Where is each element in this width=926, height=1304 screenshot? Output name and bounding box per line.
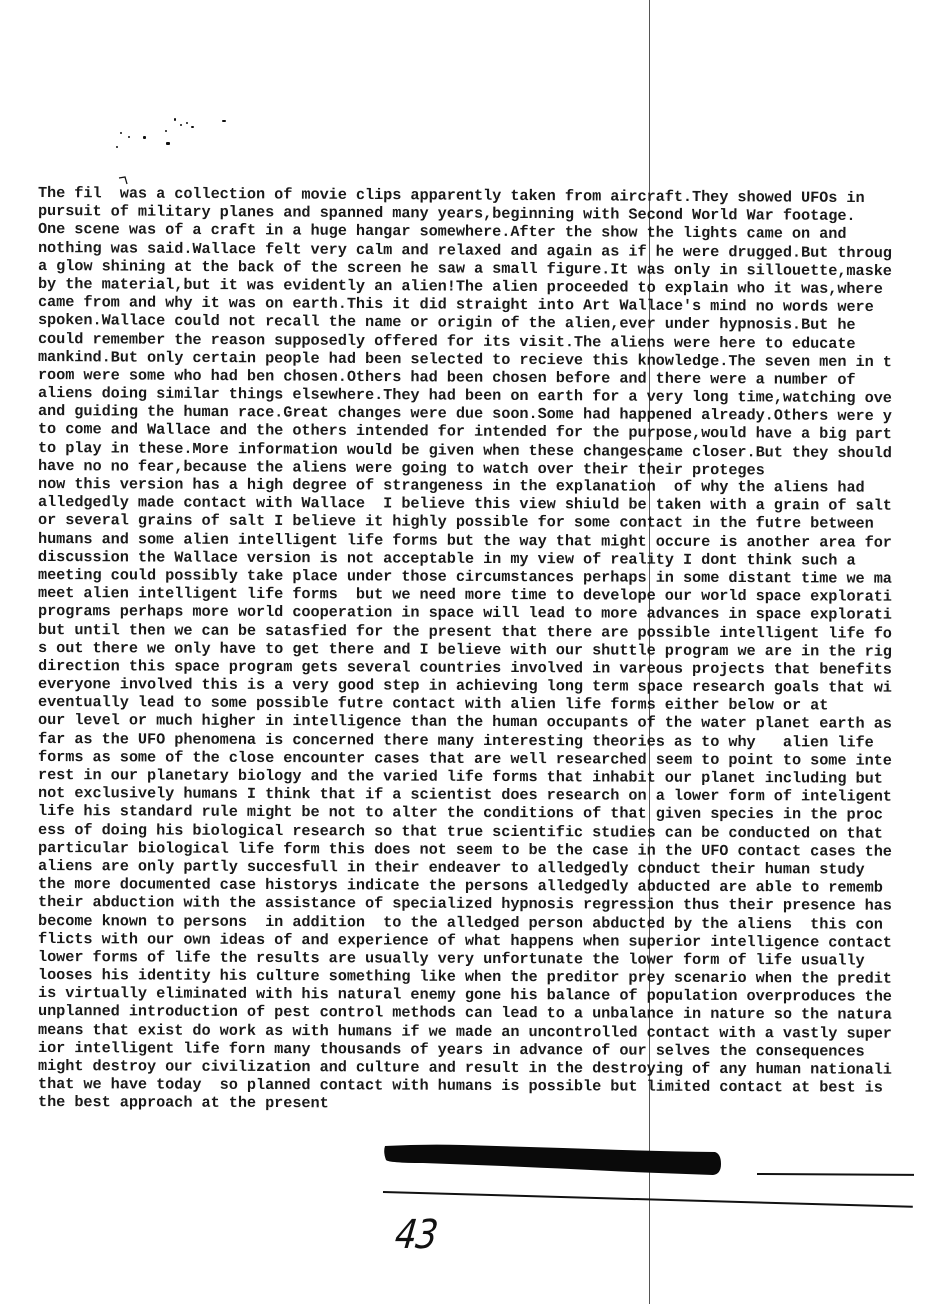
text-line: the best approach at the present bbox=[38, 1093, 926, 1115]
scan-specks bbox=[110, 110, 250, 150]
signature-line-upper bbox=[757, 1173, 914, 1176]
document-page: The fil was a collection of movie clips … bbox=[0, 0, 926, 1304]
typewritten-body: The fil was a collection of movie clips … bbox=[38, 184, 926, 1112]
signature-line-lower bbox=[383, 1191, 913, 1208]
redaction-bar bbox=[383, 1142, 757, 1178]
handwritten-page-number: 43 bbox=[393, 1212, 440, 1258]
